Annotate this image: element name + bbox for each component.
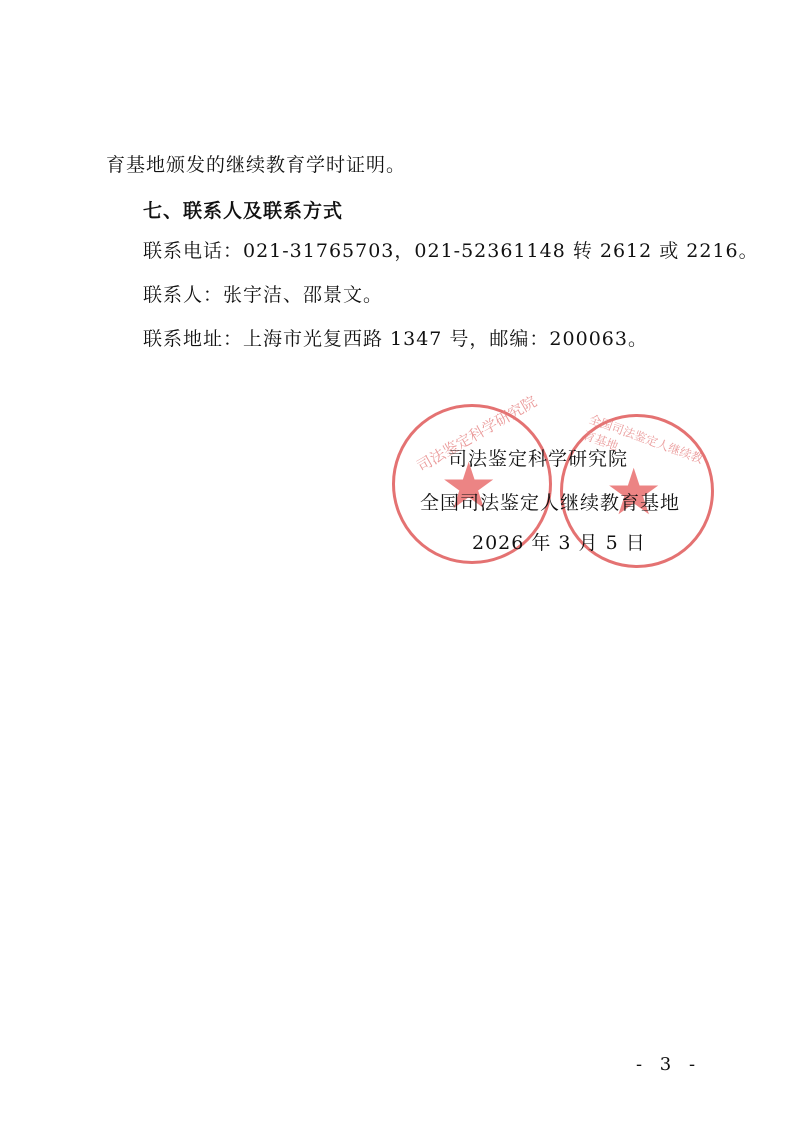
page-number: - 3 -	[636, 1054, 701, 1075]
signature-org-1: 司法鉴定科学研究院	[448, 444, 628, 471]
contact-phone: 联系电话：021-31765703，021-52361148 转 2612 或 …	[143, 236, 759, 263]
signature-date: 2026 年 3 月 5 日	[472, 528, 646, 555]
contact-persons: 联系人：张宇洁、邵景文。	[143, 280, 383, 307]
paragraph-continuation: 育基地颁发的继续教育学时证明。	[106, 150, 406, 177]
contact-address: 联系地址：上海市光复西路 1347 号，邮编：200063。	[143, 324, 648, 351]
section-heading: 七、联系人及联系方式	[143, 196, 343, 223]
signature-org-2: 全国司法鉴定人继续教育基地	[420, 488, 680, 515]
